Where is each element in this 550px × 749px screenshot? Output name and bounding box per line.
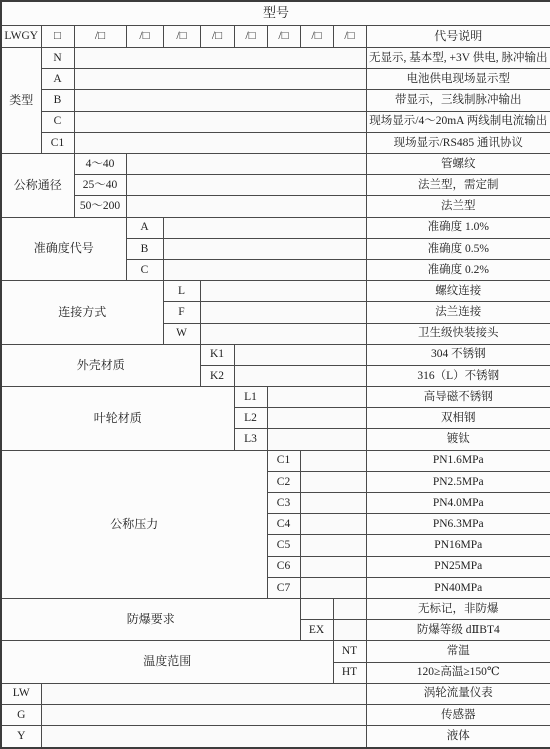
filler-cell — [300, 493, 366, 514]
desc-cell: 管螺纹 — [366, 154, 550, 175]
desc-cell: PN4.0MPa — [366, 493, 550, 514]
code-cell: C — [41, 111, 74, 132]
code-box: /□ — [234, 26, 267, 48]
section-label-housing-material: 外壳材质 — [1, 344, 200, 386]
desc-cell: 准确度 0.2% — [366, 259, 550, 280]
table-row: G 传感器 — [1, 704, 550, 725]
code-cell: 50～200 — [74, 196, 126, 217]
section-label-impeller-material: 叶轮材质 — [1, 387, 234, 451]
desc-cell: 镀钛 — [366, 429, 550, 450]
filler-cell — [234, 344, 366, 365]
filler-cell — [333, 598, 366, 619]
footer-code-g: G — [1, 704, 41, 725]
code-cell: L3 — [234, 429, 267, 450]
code-cell: EX — [300, 620, 333, 641]
desc-cell: 准确度 1.0% — [366, 217, 550, 238]
desc-cell: 准确度 0.5% — [366, 238, 550, 259]
filler-cell — [74, 48, 366, 69]
table-row: LW 涡轮流量仪表 — [1, 683, 550, 704]
filler-cell — [74, 69, 366, 90]
filler-cell — [74, 111, 366, 132]
filler-cell — [41, 726, 366, 748]
filler-cell — [200, 302, 366, 323]
code-cell: C5 — [267, 535, 300, 556]
code-cell: A — [41, 69, 74, 90]
filler-cell — [234, 365, 366, 386]
desc-cell: 常温 — [366, 641, 550, 662]
filler-cell — [74, 90, 366, 111]
filler-cell — [300, 577, 366, 598]
code-box: /□ — [74, 26, 126, 48]
desc-cell: PN2.5MPa — [366, 471, 550, 492]
table-row: A 电池供电现场显示型 — [1, 69, 550, 90]
desc-cell: 螺纹连接 — [366, 281, 550, 302]
code-box: /□ — [163, 26, 200, 48]
code-cell: C — [126, 259, 163, 280]
code-cell: B — [126, 238, 163, 259]
code-cell: C1 — [267, 450, 300, 471]
table-row: Y 液体 — [1, 726, 550, 748]
table-row: 型号 — [1, 1, 550, 26]
filler-cell — [267, 408, 366, 429]
code-cell: W — [163, 323, 200, 344]
table-row: 50～200 法兰型 — [1, 196, 550, 217]
section-label-pressure: 公称压力 — [1, 450, 267, 598]
table-row: 准确度代号 A 准确度 1.0% — [1, 217, 550, 238]
desc-cell: 卫生级快装接头 — [366, 323, 550, 344]
table-row: 25～40 法兰型，需定制 — [1, 175, 550, 196]
code-cell: C1 — [41, 132, 74, 153]
filler-cell — [41, 704, 366, 725]
desc-cell: 无显示, 基本型, +3V 供电, 脉冲输出 — [366, 48, 550, 69]
code-cell: C6 — [267, 556, 300, 577]
desc-cell: 120≥高温≥150℃ — [366, 662, 550, 683]
code-box: /□ — [200, 26, 234, 48]
filler-cell — [163, 238, 366, 259]
code-cell: L — [163, 281, 200, 302]
desc-cell: 法兰型，需定制 — [366, 175, 550, 196]
filler-cell — [126, 175, 366, 196]
desc-cell: 双相钢 — [366, 408, 550, 429]
code-box: /□ — [300, 26, 333, 48]
code-cell — [300, 598, 333, 619]
page-title: 型号 — [1, 1, 550, 26]
filler-cell — [41, 683, 366, 704]
table-row: 类型 N 无显示, 基本型, +3V 供电, 脉冲输出 — [1, 48, 550, 69]
section-label-temperature: 温度范围 — [1, 641, 333, 683]
footer-code-y: Y — [1, 726, 41, 748]
table-row: 温度范围 NT 常温 — [1, 641, 550, 662]
code-cell: A — [126, 217, 163, 238]
code-cell: 25～40 — [74, 175, 126, 196]
code-cell: NT — [333, 641, 366, 662]
section-label-type: 类型 — [1, 48, 41, 154]
code-cell: L1 — [234, 387, 267, 408]
model-prefix: LWGY — [1, 26, 41, 48]
table-row: C 现场显示/4～20mA 两线制电流输出 — [1, 111, 550, 132]
section-label-accuracy: 准确度代号 — [1, 217, 126, 281]
filler-cell — [163, 259, 366, 280]
filler-cell — [300, 535, 366, 556]
code-cell: L2 — [234, 408, 267, 429]
filler-cell — [126, 154, 366, 175]
desc-cell: PN16MPa — [366, 535, 550, 556]
desc-cell: 涡轮流量仪表 — [366, 683, 550, 704]
filler-cell — [200, 323, 366, 344]
desc-cell: 316（L）不锈钢 — [366, 365, 550, 386]
table-row: 外壳材质 K1 304 不锈钢 — [1, 344, 550, 365]
code-cell: HT — [333, 662, 366, 683]
footer-code-lw: LW — [1, 683, 41, 704]
desc-cell: 电池供电现场显示型 — [366, 69, 550, 90]
filler-cell — [267, 429, 366, 450]
code-box: □ — [41, 26, 74, 48]
code-box: /□ — [267, 26, 300, 48]
desc-cell: 传感器 — [366, 704, 550, 725]
code-cell: 4～40 — [74, 154, 126, 175]
table-row: B 带显示，三线制脉冲输出 — [1, 90, 550, 111]
filler-cell — [333, 620, 366, 641]
desc-cell: PN6.3MPa — [366, 514, 550, 535]
desc-cell: 带显示，三线制脉冲输出 — [366, 90, 550, 111]
table-row: 连接方式 L 螺纹连接 — [1, 281, 550, 302]
desc-cell: 304 不锈钢 — [366, 344, 550, 365]
desc-cell: PN1.6MPa — [366, 450, 550, 471]
desc-cell: 液体 — [366, 726, 550, 748]
code-cell: C4 — [267, 514, 300, 535]
section-label-explosion-proof: 防爆要求 — [1, 598, 300, 640]
section-label-diameter: 公称通径 — [1, 154, 74, 218]
code-cell: C7 — [267, 577, 300, 598]
code-cell: B — [41, 90, 74, 111]
filler-cell — [300, 450, 366, 471]
code-cell: K1 — [200, 344, 234, 365]
desc-cell: 无标记，非防爆 — [366, 598, 550, 619]
table-row: C1 现场显示/RS485 通讯协议 — [1, 132, 550, 153]
code-cell: K2 — [200, 365, 234, 386]
desc-cell: 现场显示/4～20mA 两线制电流输出 — [366, 111, 550, 132]
table-row: 公称压力 C1 PN1.6MPa — [1, 450, 550, 471]
desc-cell: 法兰型 — [366, 196, 550, 217]
code-cell: N — [41, 48, 74, 69]
code-cell: C2 — [267, 471, 300, 492]
filler-cell — [200, 281, 366, 302]
desc-cell: 法兰连接 — [366, 302, 550, 323]
model-selection-table: 型号 LWGY □ /□ /□ /□ /□ /□ /□ /□ /□ 代号说明 类… — [0, 0, 550, 749]
code-cell: F — [163, 302, 200, 323]
desc-cell: 高导磁不锈钢 — [366, 387, 550, 408]
table-row: 防爆要求 无标记，非防爆 — [1, 598, 550, 619]
section-label-connection: 连接方式 — [1, 281, 163, 345]
desc-cell: 现场显示/RS485 通讯协议 — [366, 132, 550, 153]
filler-cell — [163, 217, 366, 238]
code-box: /□ — [333, 26, 366, 48]
model-code-sheet: 型号 LWGY □ /□ /□ /□ /□ /□ /□ /□ /□ 代号说明 类… — [0, 0, 550, 749]
filler-cell — [267, 387, 366, 408]
desc-cell: PN25MPa — [366, 556, 550, 577]
table-row: LWGY □ /□ /□ /□ /□ /□ /□ /□ /□ 代号说明 — [1, 26, 550, 48]
code-box: /□ — [126, 26, 163, 48]
desc-cell: PN40MPa — [366, 577, 550, 598]
table-row: 叶轮材质 L1 高导磁不锈钢 — [1, 387, 550, 408]
filler-cell — [300, 471, 366, 492]
filler-cell — [74, 132, 366, 153]
filler-cell — [300, 514, 366, 535]
desc-column-header: 代号说明 — [366, 26, 550, 48]
filler-cell — [300, 556, 366, 577]
filler-cell — [126, 196, 366, 217]
table-row: 公称通径 4～40 管螺纹 — [1, 154, 550, 175]
desc-cell: 防爆等级 dⅡBT4 — [366, 620, 550, 641]
code-cell: C3 — [267, 493, 300, 514]
